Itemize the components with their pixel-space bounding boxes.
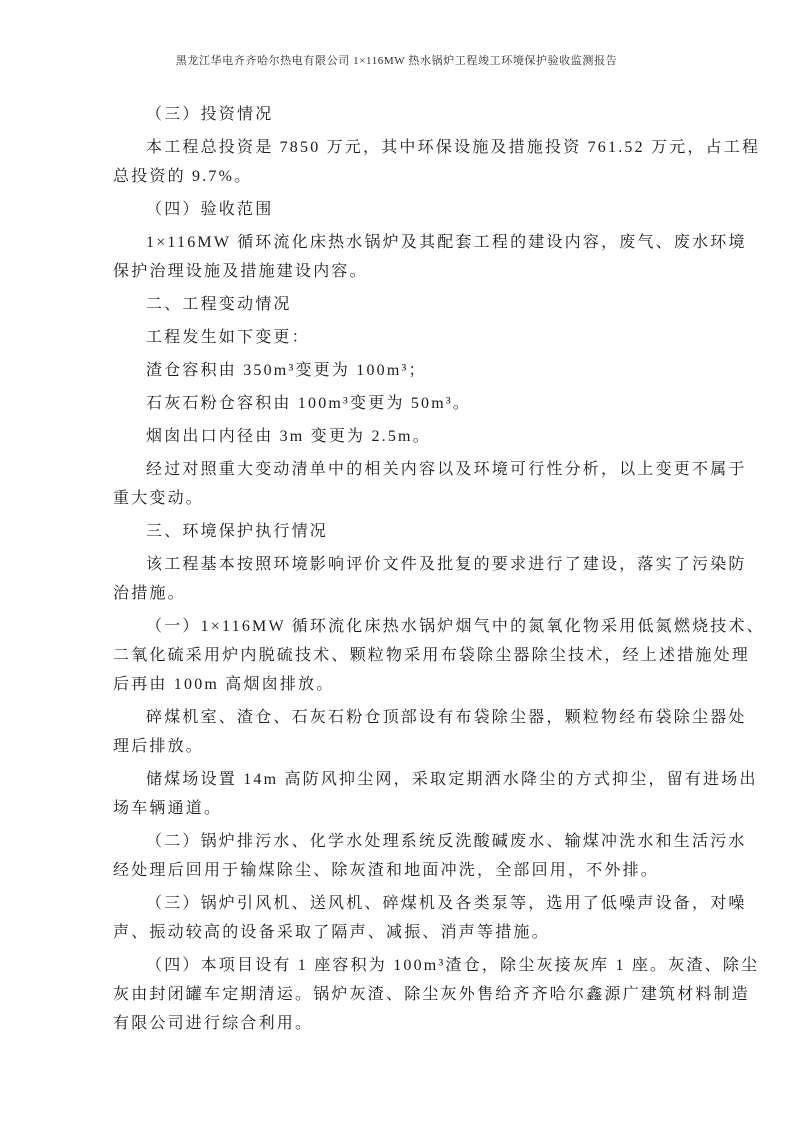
text-line: 三、环境保护执行情况 [113, 517, 775, 546]
text-line: 碎煤机室、渣仓、石灰石粉仓顶部设有布袋除尘器，颗粒物经布袋除尘器处 [113, 703, 775, 732]
text-line: 总投资的 9.7%。 [113, 162, 775, 191]
text-line: 理后排放。 [113, 732, 775, 761]
text-line: 二、工程变动情况 [113, 290, 775, 319]
text-line: 储煤场设置 14m 高防风抑尘网，采取定期洒水降尘的方式抑尘，留有进场出 [113, 765, 775, 794]
text-line: （三）锅炉引风机、送风机、碎煤机及各类泵等，选用了低噪声设备，对噪 [113, 889, 775, 918]
text-line: 灰由封闭罐车定期清运。锅炉灰渣、除尘灰外售给齐齐哈尔鑫源广建筑材料制造 [113, 980, 775, 1009]
text-line: 经过对照重大变动清单中的相关内容以及环境可行性分析，以上变更不属于 [113, 455, 775, 484]
paragraph-change-conclusion: 经过对照重大变动清单中的相关内容以及环境可行性分析，以上变更不属于 重大变动。 [113, 455, 775, 513]
page-header: 黑龙江华电齐齐哈尔热电有限公司 1×116MW 热水锅炉工程竣工环境保护验收监测… [0, 0, 793, 68]
text-line: （一）1×116MW 循环流化床热水锅炉烟气中的氮氧化物采用低氮燃烧技术、 [113, 612, 775, 641]
paragraph-change-limestone-bin: 石灰石粉仓容积由 100m³变更为 50m³。 [113, 389, 775, 418]
text-line: （三）投资情况 [113, 100, 775, 129]
text-line: 后再由 100m 高烟囱排放。 [113, 670, 775, 699]
text-line: （二）锅炉排污水、化学水处理系统反洗酸碱废水、输煤冲洗水和生活污水 [113, 827, 775, 856]
section-heading-env-protection: 三、环境保护执行情况 [113, 517, 775, 546]
paragraph-coal-yard: 储煤场设置 14m 高防风抑尘网，采取定期洒水降尘的方式抑尘，留有进场出 场车辆… [113, 765, 775, 823]
text-line: 本工程总投资是 7850 万元，其中环保设施及措施投资 761.52 万元，占工… [113, 133, 775, 162]
paragraph-investment-detail: 本工程总投资是 7850 万元，其中环保设施及措施投资 761.52 万元，占工… [113, 133, 775, 191]
paragraph-change-slag-bin: 渣仓容积由 350m³变更为 100m³； [113, 356, 775, 385]
paragraph-acceptance-scope-detail: 1×116MW 循环流化床热水锅炉及其配套工程的建设内容，废气、废水环境 保护治… [113, 228, 775, 286]
paragraph-acceptance-scope-heading: （四）验收范围 [113, 195, 775, 224]
text-line: 保护治理设施及措施建设内容。 [113, 257, 775, 286]
text-line: 烟囱出口内径由 3m 变更为 2.5m。 [113, 422, 775, 451]
paragraph-item-3-noise: （三）锅炉引风机、送风机、碎煤机及各类泵等，选用了低噪声设备，对噪 声、振动较高… [113, 889, 775, 947]
paragraph-item-1-flue-gas: （一）1×116MW 循环流化床热水锅炉烟气中的氮氧化物采用低氮燃烧技术、 二氧… [113, 612, 775, 699]
text-line: 二氧化硫采用炉内脱硫技术、颗粒物采用布袋除尘器除尘技术，经上述措施处理 [113, 641, 775, 670]
section-heading-project-changes: 二、工程变动情况 [113, 290, 775, 319]
paragraph-bag-filters: 碎煤机室、渣仓、石灰石粉仓顶部设有布袋除尘器，颗粒物经布袋除尘器处 理后排放。 [113, 703, 775, 761]
text-line: 声、振动较高的设备采取了隔声、减振、消声等措施。 [113, 918, 775, 947]
text-line: （四）验收范围 [113, 195, 775, 224]
text-line: 重大变动。 [113, 484, 775, 513]
text-line: 治措施。 [113, 579, 775, 608]
text-line: 有限公司进行综合利用。 [113, 1009, 775, 1038]
text-line: 该工程基本按照环境影响评价文件及批复的要求进行了建设，落实了污染防 [113, 550, 775, 579]
text-line: 1×116MW 循环流化床热水锅炉及其配套工程的建设内容，废气、废水环境 [113, 228, 775, 257]
paragraph-item-2-wastewater: （二）锅炉排污水、化学水处理系统反洗酸碱废水、输煤冲洗水和生活污水 经处理后回用… [113, 827, 775, 885]
header-title: 黑龙江华电齐齐哈尔热电有限公司 1×116MW 热水锅炉工程竣工环境保护验收监测… [176, 55, 617, 67]
text-line: 工程发生如下变更： [113, 323, 775, 352]
text-line: 经处理后回用于输煤除尘、除灰渣和地面冲洗，全部回用，不外排。 [113, 856, 775, 885]
text-line: 石灰石粉仓容积由 100m³变更为 50m³。 [113, 389, 775, 418]
document-page: 黑龙江华电齐齐哈尔热电有限公司 1×116MW 热水锅炉工程竣工环境保护验收监测… [0, 0, 793, 1122]
paragraph-investment-heading: （三）投资情况 [113, 100, 775, 129]
document-body: （三）投资情况 本工程总投资是 7850 万元，其中环保设施及措施投资 761.… [113, 100, 775, 1038]
paragraph-env-protection-intro: 该工程基本按照环境影响评价文件及批复的要求进行了建设，落实了污染防 治措施。 [113, 550, 775, 608]
paragraph-changes-intro: 工程发生如下变更： [113, 323, 775, 352]
paragraph-item-4-solid-waste: （四）本项目设有 1 座容积为 100m³渣仓，除尘灰接灰库 1 座。灰渣、除尘… [113, 951, 775, 1038]
text-line: 渣仓容积由 350m³变更为 100m³； [113, 356, 775, 385]
text-line: （四）本项目设有 1 座容积为 100m³渣仓，除尘灰接灰库 1 座。灰渣、除尘 [113, 951, 775, 980]
paragraph-change-chimney: 烟囱出口内径由 3m 变更为 2.5m。 [113, 422, 775, 451]
text-line: 场车辆通道。 [113, 794, 775, 823]
